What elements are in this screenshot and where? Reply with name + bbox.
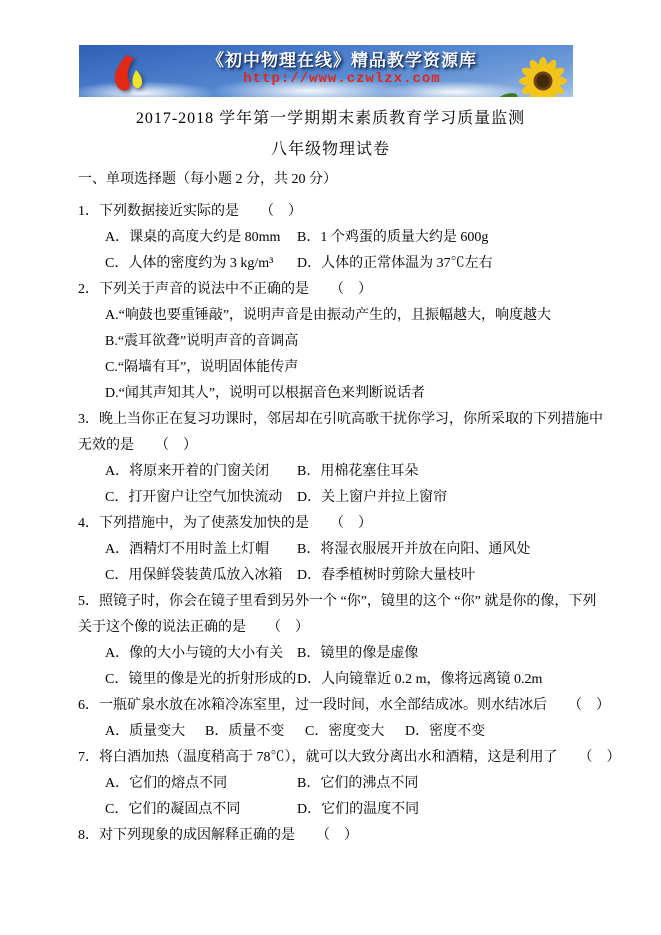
site-logo-flame-icon [109,54,153,96]
option-text: A．课桌的高度大约是 80mm [105,225,297,251]
banner-site-url: http://www.czwlzx.com [183,71,501,89]
option-row: A.“响鼓也要重锤敲”，说明声音是由振动产生的，且振幅越大，响度越大 [78,303,583,329]
option-text: C．密度变大 [305,719,405,745]
banner-text: 《初中物理在线》精品教学资源库 http://www.czwlzx.com [183,50,501,89]
exam-page: 《初中物理在线》精品教学资源库 http://www.czwlzx.com [0,0,661,935]
question-stem-line: 6．一瓶矿泉水放在冰箱冷冻室里，过一段时间，水全部结成冰。则水结冰后 （ ） [78,693,583,719]
option-text: B．将湿衣服展开并放在向阳、通风处 [297,537,530,563]
question-block: 6．一瓶矿泉水放在冰箱冷冻室里，过一段时间，水全部结成冰。则水结冰后 （ ）A．… [78,693,583,745]
option-text: C．镜里的像是光的折射形成的 [105,667,297,693]
option-row: C．它们的凝固点不同D．它们的温度不同 [78,797,583,823]
option-row: B.“震耳欲聋”说明声音的音调高 [78,329,583,355]
question-stem-line: 关于这个像的说法正确的是 （ ） [78,615,583,641]
option-row: A．质量变大B．质量不变C．密度变大D．密度不变 [78,719,583,745]
option-text: B.“震耳欲聋”说明声音的音调高 [105,329,298,355]
option-row: C.“隔墙有耳”，说明固体能传声 [78,355,583,381]
option-text: A．它们的熔点不同 [105,771,297,797]
question-stem-line: 8．对下列现象的成因解释正确的是 （ ） [78,823,583,849]
option-text: B．镜里的像是虚像 [297,641,418,667]
question-block: 2．下列关于声音的说法中不正确的是 （ ）A.“响鼓也要重锤敲”，说明声音是由振… [78,277,583,407]
option-row: A．像的大小与镜的大小有关B．镜里的像是虚像 [78,641,583,667]
sunflower-icon [493,53,569,97]
option-text: A．质量变大 [105,719,205,745]
site-banner: 《初中物理在线》精品教学资源库 http://www.czwlzx.com [79,45,573,97]
content: 一、单项选择题（每小题 2 分，共 20 分） 1．下列数据接近实际的是 （ ）… [78,167,583,849]
question-block: 7．将白酒加热（温度稍高于 78℃），就可以大致分离出水和酒精，这是利用了 （ … [78,745,583,823]
question-stem-line: 5．照镜子时，你会在镜子里看到另外一个 “你”，镜里的这个 “你” 就是你的像，… [78,589,583,615]
option-text: D．它们的温度不同 [297,797,419,823]
question-stem-line: 1．下列数据接近实际的是 （ ） [78,199,583,225]
question-block: 4．下列措施中，为了使蒸发加快的是 （ ）A．酒精灯不用时盖上灯帽B．将湿衣服展… [78,511,583,589]
option-text: C．用保鲜袋装黄瓜放入冰箱 [105,563,297,589]
option-text: A.“响鼓也要重锤敲”，说明声音是由振动产生的，且振幅越大，响度越大 [105,303,551,329]
option-row: C．用保鲜袋装黄瓜放入冰箱D．春季植树时剪除大量枝叶 [78,563,583,589]
option-text: A．像的大小与镜的大小有关 [105,641,297,667]
option-row: A．课桌的高度大约是 80mmB．1 个鸡蛋的质量大约是 600g [78,225,583,251]
questions-list: 1．下列数据接近实际的是 （ ）A．课桌的高度大约是 80mmB．1 个鸡蛋的质… [78,199,583,849]
question-stem-line: 4．下列措施中，为了使蒸发加快的是 （ ） [78,511,583,537]
doc-subtitle: 八年级物理试卷 [0,136,661,159]
option-row: D.“闻其声知其人”，说明可以根据音色来判断说话者 [78,381,583,407]
option-text: B．1 个鸡蛋的质量大约是 600g [297,225,488,251]
option-text: D.“闻其声知其人”，说明可以根据音色来判断说话者 [105,381,425,407]
option-text: B．它们的沸点不同 [297,771,418,797]
option-row: A．将原来开着的门窗关闭B．用棉花塞住耳朵 [78,459,583,485]
option-text: D．关上窗户并拉上窗帘 [297,485,447,511]
banner-site-title: 《初中物理在线》精品教学资源库 [183,50,501,71]
question-block: 8．对下列现象的成因解释正确的是 （ ） [78,823,583,849]
option-row: C．打开窗户让空气加快流动D．关上窗户并拉上窗帘 [78,485,583,511]
option-text: A．酒精灯不用时盖上灯帽 [105,537,297,563]
doc-title: 2017-2018 学年第一学期期末素质教育学习质量监测 [0,105,661,128]
option-text: C．打开窗户让空气加快流动 [105,485,297,511]
option-text: D．春季植树时剪除大量枝叶 [297,563,475,589]
option-text: D．密度不变 [405,719,485,745]
question-block: 3．晚上当你正在复习功课时，邻居却在引吭高歌干扰你学习，你所采取的下列措施中无效… [78,407,583,511]
option-text: C.“隔墙有耳”，说明固体能传声 [105,355,298,381]
question-stem-line: 无效的是 （ ） [78,433,583,459]
option-text: C．人体的密度约为 3 kg/m³ [105,251,297,277]
question-stem-line: 2．下列关于声音的说法中不正确的是 （ ） [78,277,583,303]
section-heading: 一、单项选择题（每小题 2 分，共 20 分） [78,167,583,193]
question-block: 1．下列数据接近实际的是 （ ）A．课桌的高度大约是 80mmB．1 个鸡蛋的质… [78,199,583,277]
option-text: B．用棉花塞住耳朵 [297,459,418,485]
option-text: A．将原来开着的门窗关闭 [105,459,297,485]
question-stem-line: 3．晚上当你正在复习功课时，邻居却在引吭高歌干扰你学习，你所采取的下列措施中 [78,407,583,433]
option-row: A．它们的熔点不同B．它们的沸点不同 [78,771,583,797]
option-text: C．它们的凝固点不同 [105,797,297,823]
option-text: B．质量不变 [205,719,305,745]
question-block: 5．照镜子时，你会在镜子里看到另外一个 “你”，镜里的这个 “你” 就是你的像，… [78,589,583,693]
option-row: A．酒精灯不用时盖上灯帽B．将湿衣服展开并放在向阳、通风处 [78,537,583,563]
option-row: C．镜里的像是光的折射形成的D．人向镜靠近 0.2 m，像将远离镜 0.2m [78,667,583,693]
question-stem-line: 7．将白酒加热（温度稍高于 78℃），就可以大致分离出水和酒精，这是利用了 （ … [78,745,583,771]
option-row: C．人体的密度约为 3 kg/m³D．人体的正常体温为 37℃左右 [78,251,583,277]
option-text: D．人体的正常体温为 37℃左右 [297,251,493,277]
option-text: D．人向镜靠近 0.2 m，像将远离镜 0.2m [297,667,542,693]
